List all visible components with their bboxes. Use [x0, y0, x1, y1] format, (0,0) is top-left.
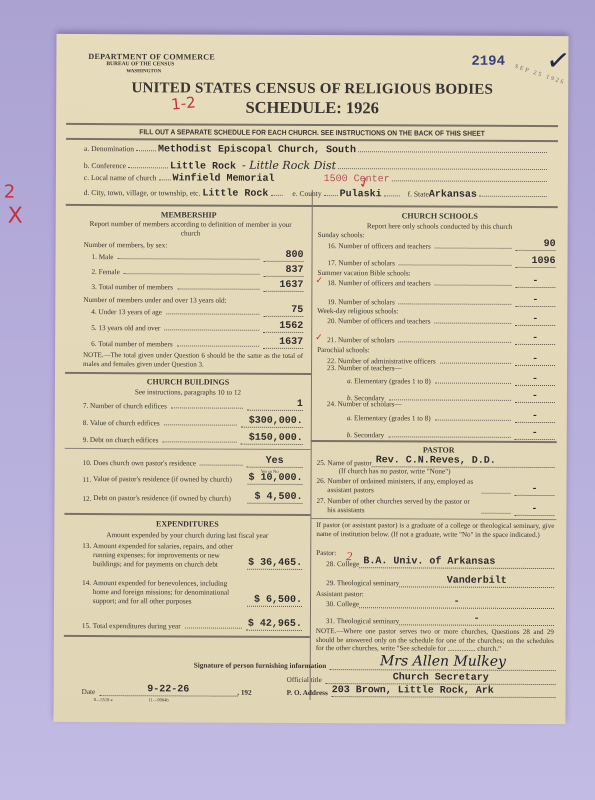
location-row: d. City, town, village, or township, etc… [84, 188, 549, 201]
form-code-left: 8—5518 a [94, 697, 113, 702]
official-title-row: Official title Church Secretary [287, 672, 556, 685]
margin-cross-mark: X [8, 204, 23, 229]
local-name-label: c. Local name of church [84, 173, 157, 182]
q20-value[interactable]: - [515, 314, 555, 326]
q26-value[interactable]: - [514, 484, 554, 496]
q6-total: 6. Total number of members 1637 [91, 336, 303, 349]
q14-benevolences: 14. Amount expended for benevolences, in… [82, 579, 302, 607]
county-label: e. County [292, 189, 321, 198]
q5-13-and-over: 5. 13 years old and over 1562 [91, 320, 303, 333]
official-title-label: Official title [287, 676, 322, 684]
q25-value[interactable]: Rev. C.N.Reves, D.D. [372, 455, 555, 468]
q10-owns-residence: 10. Does church own pastor's residence Y… [83, 455, 303, 468]
q23a-value[interactable]: - [515, 374, 555, 386]
q8-edifice-value: 8. Value of church edifices $300,000. [83, 415, 303, 428]
q7-value[interactable]: 1 [247, 399, 303, 411]
q7-edifices: 7. Number of church edifices 1 [83, 398, 303, 411]
red-tick-icon: ✓ [315, 332, 323, 343]
date-value[interactable]: 9-22-26 [99, 684, 237, 697]
state-label: f. State [408, 189, 429, 198]
q13-running-expenses: 13. Amount expended for salaries, repair… [82, 542, 302, 570]
q13-value[interactable]: $ 36,465. [247, 558, 302, 570]
expenditures-heading: EXPENDITURES [64, 519, 310, 529]
q24b-value[interactable]: - [515, 428, 555, 440]
conference-handwritten: - Little Rock Dist [242, 159, 336, 172]
q15-total-expenditures: 15. Total expenditures during year $ 42,… [82, 618, 302, 631]
q16: 16. Number of officers and teachers 90 [328, 238, 556, 251]
q19-value[interactable]: - [515, 295, 555, 307]
membership-subheading: Report number of members according to de… [86, 220, 296, 239]
q6-value[interactable]: 1637 [263, 337, 303, 349]
q12-value[interactable]: $ 4,500. [247, 492, 302, 504]
denomination-label: a. Denomination [84, 144, 134, 153]
pastor-heading: PASTOR [311, 445, 567, 455]
q29-seminary: 29. Theological seminary Vanderbilt [326, 575, 554, 588]
q23a: a. Elementary (grades 1 to 8) - [347, 373, 555, 386]
address-value[interactable]: 203 Brown, Little Rock, Ark [332, 685, 556, 698]
church-schools-heading: CHURCH SCHOOLS [312, 211, 568, 221]
church-buildings-subheading: See instructions, paragraphs 10 to 12 [65, 388, 311, 397]
form-code-mid: 11—9984b [149, 697, 169, 702]
q31-seminary: 31. Theological seminary - [326, 613, 554, 626]
conference-label: b. Conference [84, 161, 126, 170]
membership-heading: MEMBERSHIP [66, 210, 312, 220]
q26: 26. Number of ordained ministers, if any… [316, 477, 554, 496]
city-value[interactable]: Little Rock [202, 189, 268, 200]
q27: 27. Number of other churches served by t… [316, 497, 554, 516]
state-value[interactable]: Arkansas [429, 190, 477, 201]
q9-value[interactable]: $150,000. [241, 433, 303, 445]
q28-value[interactable]: B.A. Univ. of Arkansas [359, 556, 554, 569]
pastor-hint: (If church has no pastor, write "None") [339, 467, 451, 475]
conference-row: b. Conference Little Rock - Little Rock … [84, 158, 549, 174]
signature[interactable]: Mrs Allen Mulkey [330, 653, 556, 671]
q1-value[interactable]: 800 [264, 250, 304, 262]
form-number: 2194 [471, 54, 505, 70]
q23: 23. Number of teachers— [327, 364, 555, 373]
census-schedule-form: DEPARTMENT OF COMMERCE BUREAU OF THE CEN… [54, 34, 569, 724]
q11-residence-value: 11. Value of pastor's residence (if owne… [83, 472, 303, 485]
local-name-value[interactable]: Winfield Memorial [173, 173, 275, 184]
margin-mark-2: 2 [4, 182, 16, 203]
q24a-value[interactable]: - [515, 411, 555, 423]
q14-value[interactable]: $ 6,500. [247, 595, 302, 607]
q4-value[interactable]: 75 [263, 305, 303, 317]
q9-edifice-debt: 9. Debt on church edifices $150,000. [83, 432, 303, 445]
q4-under-13: 4. Under 13 years of age 75 [91, 304, 303, 317]
official-title-value[interactable]: Church Secretary [326, 672, 556, 685]
q25-pastor-name: 25. Name of pastor Rev. C.N.Reves, D.D. [317, 455, 555, 468]
q28-college: 28. College B.A. Univ. of Arkansas [326, 556, 554, 569]
q29-value[interactable]: Vanderbilt [399, 575, 554, 588]
address-row: P. O. Address 203 Brown, Little Rock, Ar… [287, 685, 556, 698]
q18: 18. Number of officers and teachers - [327, 275, 555, 288]
q3-value[interactable]: 1637 [263, 280, 303, 292]
signature-label: Signature of person furnishing informati… [194, 661, 326, 670]
q1-male: 1. Male 800 [92, 249, 304, 262]
church-buildings-heading: CHURCH BUILDINGS [65, 377, 311, 387]
q20: 20. Number of officers and teachers - [327, 313, 555, 326]
q5-value[interactable]: 1562 [263, 321, 303, 333]
q27-value[interactable]: - [514, 504, 554, 516]
date-row: Date 9-22-26 , 192 [82, 684, 252, 697]
church-schools-subheading: Report here only schools conducted by th… [312, 222, 568, 231]
local-name-row: c. Local name of church Winfield Memoria… [84, 173, 549, 186]
address-label: P. O. Address [287, 689, 328, 697]
q30-college: 30. College - [326, 596, 554, 609]
q21: 21. Number of scholars - [327, 332, 555, 345]
q30-value[interactable]: - [359, 596, 554, 609]
form-subtitle: SCHEDULE: 1926 [56, 97, 568, 119]
bureau-label: BUREAU OF THE CENSUS [106, 61, 174, 67]
expenditures-subheading: Amount expended by your church during la… [64, 531, 310, 540]
city-label: d. City, town, village, or township, etc… [84, 188, 201, 198]
q17-value[interactable]: 1096 [515, 256, 555, 268]
q21-value[interactable]: - [515, 333, 555, 345]
red-annotation: 1-2 [170, 93, 196, 113]
q16-value[interactable]: 90 [516, 239, 556, 251]
q24: 24. Number of scholars— [327, 400, 555, 409]
q18-value[interactable]: - [515, 276, 555, 288]
q24a: a. Elementary (grades 1 to 8) - [347, 410, 555, 423]
conference-value[interactable]: Little Rock [170, 161, 236, 172]
check-mark-icon: ✓ [544, 43, 572, 80]
q3-total: 3. Total number of members 1637 [91, 279, 303, 292]
city-label: WASHINGTON [126, 69, 161, 74]
q2-female: 2. Female 837 [91, 264, 303, 277]
membership-note: NOTE.—The total given under Question 6 s… [83, 351, 303, 369]
q19: 19. Number of scholars - [327, 294, 555, 307]
q24b: b. Secondary - [347, 427, 555, 440]
q8-value[interactable]: $300,000. [241, 416, 303, 428]
red-tick-icon: ✓ [315, 275, 323, 286]
pastor-note: NOTE.—Where one pastor serves two or mor… [316, 627, 554, 654]
q15-value[interactable]: $ 42,965. [246, 619, 302, 631]
year-suffix: , 192 [237, 689, 251, 697]
graduate-note: If pastor (or assistant pastor) is a gra… [316, 521, 554, 539]
q17: 17. Number of scholars 1096 [327, 255, 555, 268]
denomination-value[interactable]: Methodist Episcopal Church, South [158, 144, 356, 156]
q12-residence-debt: 12. Debt on pastor's residence (if owned… [82, 491, 302, 504]
denomination-row: a. Denomination Methodist Episcopal Chur… [84, 144, 549, 157]
q31-value[interactable]: - [399, 613, 554, 626]
signature-row: Signature of person furnishing informati… [194, 652, 556, 671]
q2-value[interactable]: 837 [263, 265, 303, 277]
date-label: Date [82, 688, 96, 696]
q11-value[interactable]: $ 10,000. [247, 473, 302, 485]
q10-value[interactable]: Yes [247, 456, 303, 468]
